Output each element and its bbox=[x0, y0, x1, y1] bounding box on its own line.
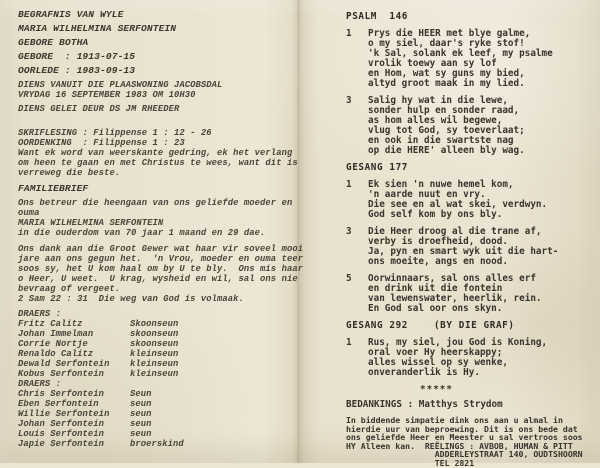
bearer-row: Louis Serfonteinseun bbox=[18, 429, 300, 439]
closing-note: In biddende simpatie dink ons aan u alma… bbox=[346, 416, 596, 463]
bearer-row: Fritz CalitzSkoonseun bbox=[18, 319, 300, 329]
bearers-heading: DRAERS : bbox=[18, 309, 300, 319]
psalm-146-section: PSALM 146 1 Prys die HEER met blye galme… bbox=[346, 12, 596, 156]
stanza-text: Die Heer droog al die trane af, verby is… bbox=[368, 227, 558, 267]
scripture-quote: Want ek word van weerskante gedring, ek … bbox=[18, 148, 300, 178]
age-line: in die ouderdom van 70 jaar 1 maand en 2… bbox=[18, 228, 300, 238]
stanza-text: Salig hy wat in die lewe, sonder hulp en… bbox=[368, 96, 525, 156]
bearer-row: Chris SerfonteinSeun bbox=[18, 389, 300, 399]
stanza: 1 Prys die HEER met blye galme, o my sie… bbox=[346, 29, 596, 89]
stanza-number: 5 bbox=[346, 274, 368, 314]
stanza-text: Oorwinnaars, sal ons alles erf en drink … bbox=[368, 274, 542, 314]
bearers-heading: DRAERS : bbox=[18, 379, 300, 389]
stanza-text: Prys die HEER met blye galme, o my siel,… bbox=[368, 29, 553, 89]
gesang-292-title: GESANG 292 bbox=[346, 320, 408, 331]
service-datetime-line: VRYDAG 16 SEPTEMBER 1983 OM 10H30 bbox=[18, 90, 300, 100]
bearer-name: Renaldo Calitz bbox=[18, 349, 130, 359]
stanza: 1 Ek sien 'n nuwe hemel kom, 'n aarde nu… bbox=[346, 180, 596, 220]
bearer-name: Kobus Serfontein bbox=[18, 369, 130, 379]
bearer-name: Fritz Calitz bbox=[18, 319, 130, 329]
bearer-role: kleinseun bbox=[130, 369, 178, 379]
funeral-program-scan: BEGRAFNIS VAN WYLE MARIA WILHELMINA SERF… bbox=[0, 0, 600, 463]
program-title-line: BEGRAFNIS VAN WYLE bbox=[18, 10, 300, 21]
bearer-row: Dewald Serfonteinkleinseun bbox=[18, 359, 300, 369]
gesang-292-heading: GESANG 292(BY DIE GRAF) bbox=[346, 321, 596, 331]
stanza: 3 Salig hy wat in die lewe, sonder hulp … bbox=[346, 96, 596, 156]
gesang-177-heading: GESANG 177 bbox=[346, 163, 596, 173]
bearer-name: Corrie Nortje bbox=[18, 339, 130, 349]
service-venue-line: DIENS VANUIT DIE PLAASWONING JACOBSDAL bbox=[18, 80, 300, 90]
bearer-role: broerskind bbox=[130, 439, 184, 449]
died-date-line: OORLEDE : 1983-09-13 bbox=[18, 66, 300, 77]
bearer-role: seun bbox=[130, 409, 152, 419]
bearer-name: Dewald Serfontein bbox=[18, 359, 130, 369]
thanks-line: BEDANKINGS : Matthys Strydom bbox=[346, 400, 596, 410]
bearer-name: Louis Serfontein bbox=[18, 429, 130, 439]
deceased-name-heading: MARIA WILHELMINA SERFONTEIN bbox=[18, 24, 300, 35]
bearer-role: Seun bbox=[130, 389, 152, 399]
bearer-row: Corrie Nortjeskoonseun bbox=[18, 339, 300, 349]
bearer-row: Japie Serfonteinbroerskind bbox=[18, 439, 300, 449]
gesang-292-section: GESANG 292(BY DIE GRAF) 1 Rus, my siel, … bbox=[346, 321, 596, 378]
family-tribute: Ons dank aan die Groot Gewer wat haar vi… bbox=[18, 244, 300, 294]
born-date-line: GEBORE : 1913-07-15 bbox=[18, 52, 300, 63]
bearer-role: kleinseun bbox=[130, 349, 178, 359]
bearer-name: Johan Serfontein bbox=[18, 419, 130, 429]
bearers-section-2: DRAERS : Chris SerfonteinSeun Eben Serfo… bbox=[18, 379, 300, 449]
left-page: BEGRAFNIS VAN WYLE MARIA WILHELMINA SERF… bbox=[18, 10, 300, 449]
family-letter-heading: FAMILIEBRIEF bbox=[18, 184, 300, 195]
meditation-line: OORDENKING : Filippense 1 : 23 bbox=[18, 138, 300, 148]
bearer-row: Renaldo Calitzkleinseun bbox=[18, 349, 300, 359]
bearer-name: Chris Serfontein bbox=[18, 389, 130, 399]
bearer-row: Johan Immelmanskoonseun bbox=[18, 329, 300, 339]
family-letter-intro: Ons betreur die heengaan van ons geliefd… bbox=[18, 198, 300, 218]
stanza-number: 3 bbox=[346, 96, 368, 156]
bearer-row: Eben Serfonteinseun bbox=[18, 399, 300, 409]
right-page: PSALM 146 1 Prys die HEER met blye galme… bbox=[346, 12, 596, 463]
stanza-number: 1 bbox=[346, 338, 368, 378]
bearer-name: Willie Serfontein bbox=[18, 409, 130, 419]
maiden-name-line: GEBORE BOTHA bbox=[18, 38, 300, 49]
stanza-text: Ek sien 'n nuwe hemel kom, 'n aarde nuut… bbox=[368, 180, 547, 220]
bearer-row: Willie Serfonteinseun bbox=[18, 409, 300, 419]
stanza: 1 Rus, my siel, jou God is Koning, oral … bbox=[346, 338, 596, 378]
bearer-role: skoonseun bbox=[130, 339, 178, 349]
bearers-section-1: DRAERS : Fritz CalitzSkoonseun Johan Imm… bbox=[18, 309, 300, 379]
gesang-292-subheading: (BY DIE GRAF) bbox=[434, 320, 515, 331]
stanza: 3 Die Heer droog al die trane af, verby … bbox=[346, 227, 596, 267]
page-fold bbox=[292, 0, 304, 463]
family-letter-deceased-name: MARIA WILHELMINA SERFONTEIN bbox=[18, 218, 300, 228]
stanza-number: 1 bbox=[346, 29, 368, 89]
gesang-177-section: GESANG 177 1 Ek sien 'n nuwe hemel kom, … bbox=[346, 163, 596, 314]
bearer-name: Eben Serfontein bbox=[18, 399, 130, 409]
bearer-role: kleinseun bbox=[130, 359, 178, 369]
divider-asterisks: ***** bbox=[420, 385, 596, 395]
stanza-number: 1 bbox=[346, 180, 368, 220]
bearer-role: seun bbox=[130, 419, 152, 429]
bearer-role: seun bbox=[130, 429, 152, 439]
bearer-name: Johan Immelman bbox=[18, 329, 130, 339]
bearer-row: Johan Serfonteinseun bbox=[18, 419, 300, 429]
bearer-name: Japie Serfontein bbox=[18, 439, 130, 449]
service-leader-line: DIENS GELEI DEUR DS JM RHEEDER bbox=[18, 104, 300, 114]
bearer-role: skoonseun bbox=[130, 329, 178, 339]
bearer-role: Skoonseun bbox=[130, 319, 178, 329]
bearer-row: Kobus Serfonteinkleinseun bbox=[18, 369, 300, 379]
psalm-146-heading: PSALM 146 bbox=[346, 12, 596, 22]
stanza-number: 3 bbox=[346, 227, 368, 267]
scripture-reference: 2 Sam 22 : 31 Die weg van God is volmaak… bbox=[18, 294, 300, 304]
stanza-text: Rus, my siel, jou God is Koning, oral vo… bbox=[368, 338, 547, 378]
scripture-reading-line: SKRIFLESING : Filippense 1 : 12 - 26 bbox=[18, 128, 300, 138]
stanza: 5 Oorwinnaars, sal ons alles erf en drin… bbox=[346, 274, 596, 314]
bearer-role: seun bbox=[130, 399, 152, 409]
